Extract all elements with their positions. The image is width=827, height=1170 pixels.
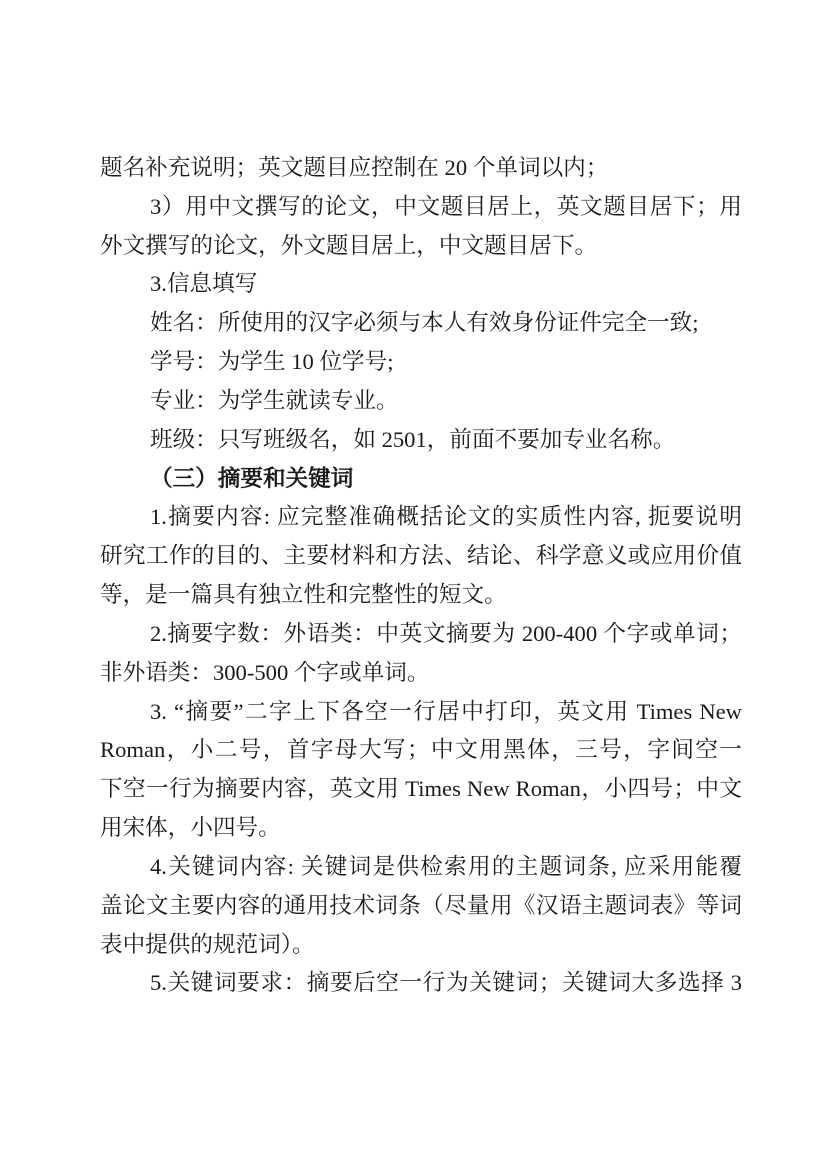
text-line: 研究工作的目的、主要材料和方法、结论、科学意义或应用价值 [100, 537, 742, 576]
text-line: 用宋体，小四号。 [100, 809, 742, 848]
section-heading: （三）摘要和关键词 [100, 460, 742, 499]
text-line: 3）用中文撰写的论文，中文题目居上，英文题目居下；用 [100, 188, 742, 227]
text-line: 1.摘要内容: 应完整准确概括论文的实质性内容, 扼要说明 [100, 498, 742, 537]
document-page: 题名补充说明；英文题目应控制在 20 个单词以内； 3）用中文撰写的论文，中文题… [0, 0, 827, 1170]
text-line: 3.信息填写 [100, 265, 742, 304]
text-line: 2.摘要字数：外语类：中英文摘要为 200-400 个字或单词； [100, 615, 742, 654]
text-line: 下空一行为摘要内容，英文用 Times New Roman，小四号；中文 [100, 770, 742, 809]
text-line: 非外语类：300-500 个字或单词。 [100, 654, 742, 693]
field-line-student-id: 学号：为学生 10 位学号; [100, 343, 742, 382]
text-line: Roman，小二号，首字母大写；中文用黑体，三号，字间空一格。 [100, 731, 742, 770]
text-line: 盖论文主要内容的通用技术词条（尽量用《汉语主题词表》等词 [100, 887, 742, 926]
text-line: 5.关键词要求：摘要后空一行为关键词；关键词大多选择 3 [100, 964, 742, 1003]
field-line-major: 专业：为学生就读专业。 [100, 382, 742, 421]
text-line: 表中提供的规范词）。 [100, 926, 742, 965]
text-block: 题名补充说明；英文题目应控制在 20 个单词以内； 3）用中文撰写的论文，中文题… [100, 149, 742, 1003]
field-line-name: 姓名：所使用的汉字必须与本人有效身份证件完全一致; [100, 304, 742, 343]
text-line: 等，是一篇具有独立性和完整性的短文。 [100, 576, 742, 615]
text-line: 4.关键词内容: 关键词是供检索用的主题词条, 应采用能覆 [100, 848, 742, 887]
field-line-class: 班级：只写班级名，如 2501，前面不要加专业名称。 [100, 421, 742, 460]
text-line: 题名补充说明；英文题目应控制在 20 个单词以内； [100, 149, 742, 188]
text-line: 3. “摘要”二字上下各空一行居中打印，英文用 Times New [100, 693, 742, 732]
text-line: 外文撰写的论文，外文题目居上，中文题目居下。 [100, 227, 742, 266]
